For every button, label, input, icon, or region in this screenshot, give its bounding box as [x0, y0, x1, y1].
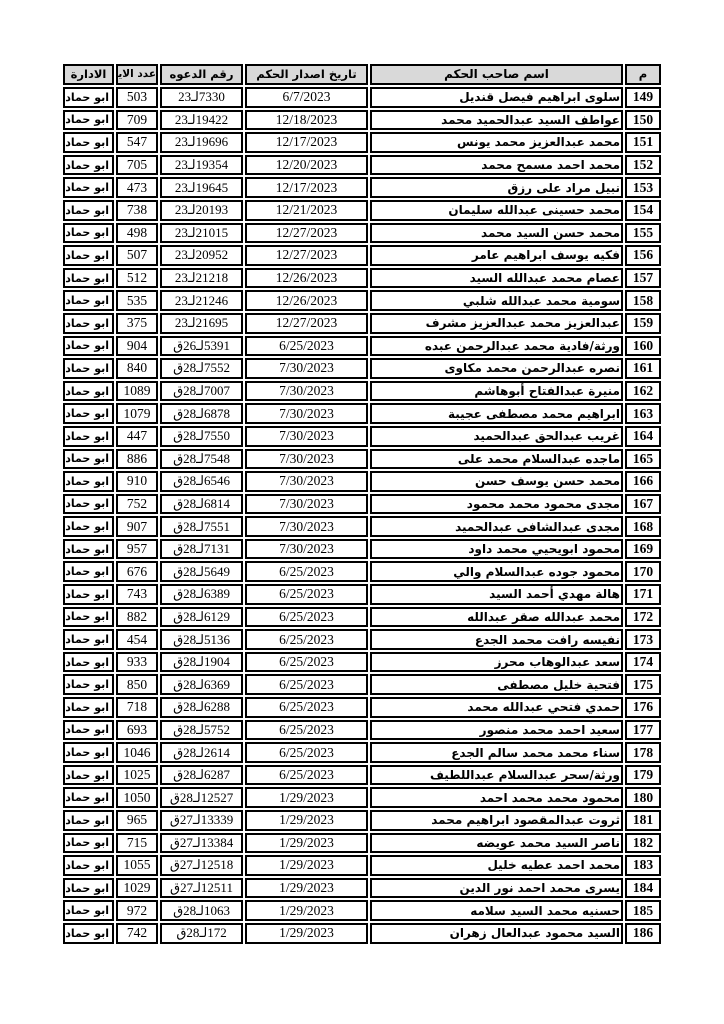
cell-days-count: 693: [116, 720, 158, 741]
cell-name: محمد احمد مسمح محمد: [370, 155, 623, 176]
table-row: 186 السيد محمود عبدالعال زهران 1/29/2023…: [63, 923, 661, 944]
cell-department: ابو حماد: [63, 765, 114, 786]
cell-days-count: 742: [116, 923, 158, 944]
cell-department: ابو حماد: [63, 245, 114, 266]
cell-days-count: 498: [116, 223, 158, 244]
cell-days-count: 743: [116, 584, 158, 605]
cell-days-count: 1050: [116, 787, 158, 808]
cell-days-count: 907: [116, 516, 158, 537]
cell-case-number: 12511لـ27ق: [160, 878, 243, 899]
table-row: 162 منيرة عبدالفتاح أبوهاشم 7/30/2023 70…: [63, 381, 661, 402]
cell-days-count: 738: [116, 200, 158, 221]
cell-department: ابو حماد: [63, 720, 114, 741]
table-row: 155 محمد حسن السيد محمد 12/27/2023 21015…: [63, 223, 661, 244]
cell-serial: 167: [625, 494, 661, 515]
table-row: 183 محمد احمد عطيه خليل 1/29/2023 12518ل…: [63, 855, 661, 876]
cell-date: 6/25/2023: [245, 607, 368, 628]
cell-case-number: 7551لـ28ق: [160, 516, 243, 537]
cell-days-count: 886: [116, 449, 158, 470]
cell-department: ابو حماد: [63, 313, 114, 334]
table-row: 176 حمدي فتحي عبدالله محمد 6/25/2023 628…: [63, 697, 661, 718]
cell-case-number: 5649لـ28ق: [160, 561, 243, 582]
cell-name: ناصر السيد محمد عويضه: [370, 833, 623, 854]
table-row: 151 محمد عبدالعزيز محمد يونس 12/17/2023 …: [63, 132, 661, 153]
cell-name: محمد حسينى عبدالله سليمان: [370, 200, 623, 221]
cell-days-count: 535: [116, 290, 158, 311]
table-header: م اسم صاحب الحكم تاريخ اصدار الحكم رقم ا…: [63, 64, 661, 85]
cell-department: ابو حماد: [63, 855, 114, 876]
cell-days-count: 676: [116, 561, 158, 582]
cell-case-number: 1904لـ28ق: [160, 652, 243, 673]
cell-serial: 185: [625, 900, 661, 921]
cell-days-count: 375: [116, 313, 158, 334]
cell-case-number: 7131لـ28ق: [160, 539, 243, 560]
cell-days-count: 512: [116, 268, 158, 289]
cell-serial: 165: [625, 449, 661, 470]
cell-date: 12/26/2023: [245, 290, 368, 311]
cell-days-count: 752: [116, 494, 158, 515]
cell-serial: 158: [625, 290, 661, 311]
cell-name: محمد حسن يوسف حسن: [370, 471, 623, 492]
cell-serial: 183: [625, 855, 661, 876]
cell-date: 1/29/2023: [245, 810, 368, 831]
cell-date: 6/25/2023: [245, 765, 368, 786]
cell-name: سناء محمد محمد سالم الجدع: [370, 742, 623, 763]
cell-days-count: 957: [116, 539, 158, 560]
cell-case-number: 6389لـ28ق: [160, 584, 243, 605]
cell-name: فتحية خليل مصطفى: [370, 674, 623, 695]
col-header-serial: م: [625, 64, 661, 85]
table-row: 159 عبدالعزيز محمد عبدالعزيز مشرف 12/27/…: [63, 313, 661, 334]
cell-days-count: 904: [116, 336, 158, 357]
cell-case-number: 6129لـ28ق: [160, 607, 243, 628]
cell-case-number: 172لـ28ق: [160, 923, 243, 944]
cell-name: حسنيه محمد السيد سلامه: [370, 900, 623, 921]
cell-case-number: 7007لـ28ق: [160, 381, 243, 402]
cell-case-number: 20952لـ23: [160, 245, 243, 266]
cell-date: 7/30/2023: [245, 539, 368, 560]
cell-serial: 159: [625, 313, 661, 334]
table-row: 177 سعيد احمد محمد منصور 6/25/2023 5752ل…: [63, 720, 661, 741]
cell-date: 7/30/2023: [245, 403, 368, 424]
cell-date: 6/7/2023: [245, 87, 368, 108]
cell-department: ابو حماد: [63, 223, 114, 244]
table-row: 154 محمد حسينى عبدالله سليمان 12/21/2023…: [63, 200, 661, 221]
cell-days-count: 447: [116, 426, 158, 447]
cell-days-count: 910: [116, 471, 158, 492]
cell-name: حمدي فتحي عبدالله محمد: [370, 697, 623, 718]
cell-date: 12/27/2023: [245, 245, 368, 266]
cell-case-number: 6878لـ28ق: [160, 403, 243, 424]
cell-department: ابو حماد: [63, 787, 114, 808]
cell-department: ابو حماد: [63, 110, 114, 131]
cell-case-number: 7330لـ23: [160, 87, 243, 108]
cell-serial: 170: [625, 561, 661, 582]
cell-days-count: 1055: [116, 855, 158, 876]
cell-department: ابو حماد: [63, 336, 114, 357]
cell-serial: 156: [625, 245, 661, 266]
cell-name: عواطف السيد عبدالحميد محمد: [370, 110, 623, 131]
cell-department: ابو حماد: [63, 403, 114, 424]
table-row: 157 عصام محمد عبدالله السيد 12/26/2023 2…: [63, 268, 661, 289]
table-row: 182 ناصر السيد محمد عويضه 1/29/2023 1338…: [63, 833, 661, 854]
cell-date: 1/29/2023: [245, 923, 368, 944]
cell-case-number: 19354لـ23: [160, 155, 243, 176]
table-row: 166 محمد حسن يوسف حسن 7/30/2023 6546لـ28…: [63, 471, 661, 492]
cell-name: ورثة/فادية محمد عبدالرحمن عبده: [370, 336, 623, 357]
cell-department: ابو حماد: [63, 607, 114, 628]
cell-serial: 186: [625, 923, 661, 944]
cell-date: 6/25/2023: [245, 336, 368, 357]
cell-days-count: 715: [116, 833, 158, 854]
cell-serial: 173: [625, 629, 661, 650]
cell-name: نفيسه رافت محمد الجدع: [370, 629, 623, 650]
cell-days-count: 454: [116, 629, 158, 650]
cell-name: عصام محمد عبدالله السيد: [370, 268, 623, 289]
cell-date: 7/30/2023: [245, 381, 368, 402]
cell-department: ابو حماد: [63, 358, 114, 379]
cell-date: 12/20/2023: [245, 155, 368, 176]
cell-name: محمد حسن السيد محمد: [370, 223, 623, 244]
cell-serial: 177: [625, 720, 661, 741]
cell-case-number: 7552لـ28ق: [160, 358, 243, 379]
col-header-department: الادارة: [63, 64, 114, 85]
cell-case-number: 21218لـ23: [160, 268, 243, 289]
cell-department: ابو حماد: [63, 132, 114, 153]
cell-name: مجدى محمود محمد محمود: [370, 494, 623, 515]
col-header-days-count: عدد الايام: [116, 64, 158, 85]
cell-case-number: 2614لـ28ق: [160, 742, 243, 763]
cell-date: 7/30/2023: [245, 516, 368, 537]
cell-serial: 151: [625, 132, 661, 153]
cell-date: 1/29/2023: [245, 855, 368, 876]
cell-days-count: 1029: [116, 878, 158, 899]
cell-days-count: 972: [116, 900, 158, 921]
cell-department: ابو حماد: [63, 381, 114, 402]
cell-case-number: 21015لـ23: [160, 223, 243, 244]
cell-department: ابو حماد: [63, 923, 114, 944]
cell-serial: 149: [625, 87, 661, 108]
cell-serial: 164: [625, 426, 661, 447]
cell-department: ابو حماد: [63, 539, 114, 560]
table-body: 149 سلوى ابراهيم فيصل قنديل 6/7/2023 733…: [63, 87, 661, 944]
cell-date: 6/25/2023: [245, 561, 368, 582]
cell-case-number: 6369لـ28ق: [160, 674, 243, 695]
table-row: 171 هالة مهدي أحمد السيد 6/25/2023 6389ل…: [63, 584, 661, 605]
table-row: 181 ثروت عبدالمقصود ابراهيم محمد 1/29/20…: [63, 810, 661, 831]
table-row: 164 غريب عبدالحق عبدالحميد 7/30/2023 755…: [63, 426, 661, 447]
cell-department: ابو حماد: [63, 697, 114, 718]
cell-serial: 154: [625, 200, 661, 221]
table-row: 150 عواطف السيد عبدالحميد محمد 12/18/202…: [63, 110, 661, 131]
table-row: 153 نبيل مراد على رزق 12/17/2023 19645لـ…: [63, 177, 661, 198]
cell-serial: 150: [625, 110, 661, 131]
cell-date: 12/17/2023: [245, 177, 368, 198]
cell-serial: 160: [625, 336, 661, 357]
cell-serial: 176: [625, 697, 661, 718]
table-row: 179 ورثة/سحر عبدالسلام عبداللطيف 6/25/20…: [63, 765, 661, 786]
cell-serial: 180: [625, 787, 661, 808]
cell-case-number: 21246لـ23: [160, 290, 243, 311]
cell-serial: 161: [625, 358, 661, 379]
cell-name: محمود جوده عبدالسلام والي: [370, 561, 623, 582]
cell-serial: 155: [625, 223, 661, 244]
cell-days-count: 473: [116, 177, 158, 198]
cell-serial: 152: [625, 155, 661, 176]
cell-name: محمود محمد محمد احمد: [370, 787, 623, 808]
cell-case-number: 13384لـ27ق: [160, 833, 243, 854]
col-header-date: تاريخ اصدار الحكم: [245, 64, 368, 85]
table-row: 165 ماجده عبدالسلام محمد على 7/30/2023 7…: [63, 449, 661, 470]
cell-department: ابو حماد: [63, 290, 114, 311]
cell-case-number: 5391لـ26ق: [160, 336, 243, 357]
cell-days-count: 1079: [116, 403, 158, 424]
cell-name: نصره عبدالرحمن محمد مكاوى: [370, 358, 623, 379]
cell-case-number: 19696لـ23: [160, 132, 243, 153]
cell-serial: 169: [625, 539, 661, 560]
cell-date: 7/30/2023: [245, 471, 368, 492]
cell-date: 6/25/2023: [245, 742, 368, 763]
cell-department: ابو حماد: [63, 742, 114, 763]
cell-department: ابو حماد: [63, 833, 114, 854]
cell-date: 7/30/2023: [245, 426, 368, 447]
cell-department: ابو حماد: [63, 561, 114, 582]
cell-date: 6/25/2023: [245, 697, 368, 718]
cell-department: ابو حماد: [63, 629, 114, 650]
cell-case-number: 6814لـ28ق: [160, 494, 243, 515]
cell-department: ابو حماد: [63, 674, 114, 695]
table-row: 185 حسنيه محمد السيد سلامه 1/29/2023 106…: [63, 900, 661, 921]
cell-case-number: 5752لـ28ق: [160, 720, 243, 741]
cell-name: سعد عبدالوهاب محرز: [370, 652, 623, 673]
cell-date: 1/29/2023: [245, 900, 368, 921]
header-row: م اسم صاحب الحكم تاريخ اصدار الحكم رقم ا…: [63, 64, 661, 85]
cell-department: ابو حماد: [63, 471, 114, 492]
cell-name: السيد محمود عبدالعال زهران: [370, 923, 623, 944]
cell-date: 7/30/2023: [245, 358, 368, 379]
cell-name: هالة مهدي أحمد السيد: [370, 584, 623, 605]
cell-days-count: 503: [116, 87, 158, 108]
cell-days-count: 1089: [116, 381, 158, 402]
col-header-name: اسم صاحب الحكم: [370, 64, 623, 85]
cell-serial: 171: [625, 584, 661, 605]
cell-date: 12/21/2023: [245, 200, 368, 221]
cell-days-count: 705: [116, 155, 158, 176]
table-row: 161 نصره عبدالرحمن محمد مكاوى 7/30/2023 …: [63, 358, 661, 379]
cell-department: ابو حماد: [63, 810, 114, 831]
cell-days-count: 850: [116, 674, 158, 695]
cell-case-number: 19645لـ23: [160, 177, 243, 198]
table-row: 170 محمود جوده عبدالسلام والي 6/25/2023 …: [63, 561, 661, 582]
cell-date: 12/26/2023: [245, 268, 368, 289]
cell-name: منيرة عبدالفتاح أبوهاشم: [370, 381, 623, 402]
cell-days-count: 840: [116, 358, 158, 379]
cell-date: 6/25/2023: [245, 652, 368, 673]
cell-date: 6/25/2023: [245, 720, 368, 741]
cell-department: ابو حماد: [63, 494, 114, 515]
cell-case-number: 7550لـ28ق: [160, 426, 243, 447]
cell-department: ابو حماد: [63, 87, 114, 108]
cell-name: ثروت عبدالمقصود ابراهيم محمد: [370, 810, 623, 831]
table-row: 169 محمود ابويحيي محمد داود 7/30/2023 71…: [63, 539, 661, 560]
cell-serial: 178: [625, 742, 661, 763]
cell-days-count: 882: [116, 607, 158, 628]
cell-date: 6/25/2023: [245, 674, 368, 695]
document-page: م اسم صاحب الحكم تاريخ اصدار الحكم رقم ا…: [0, 0, 724, 1024]
table-row: 172 محمد عبدالله صقر عبدالله 6/25/2023 6…: [63, 607, 661, 628]
cell-name: مجدى عبدالشافى عبدالحميد: [370, 516, 623, 537]
cell-department: ابو حماد: [63, 200, 114, 221]
table-row: 152 محمد احمد مسمح محمد 12/20/2023 19354…: [63, 155, 661, 176]
cell-days-count: 965: [116, 810, 158, 831]
table-row: 184 يسرى محمد احمد نور الدين 1/29/2023 1…: [63, 878, 661, 899]
cell-department: ابو حماد: [63, 516, 114, 537]
cell-department: ابو حماد: [63, 426, 114, 447]
cell-date: 6/25/2023: [245, 629, 368, 650]
table-row: 158 سومية محمد عبدالله شلبي 12/26/2023 2…: [63, 290, 661, 311]
cell-serial: 166: [625, 471, 661, 492]
cell-serial: 175: [625, 674, 661, 695]
cell-case-number: 12518لـ27ق: [160, 855, 243, 876]
cell-department: ابو حماد: [63, 268, 114, 289]
cell-days-count: 933: [116, 652, 158, 673]
cell-serial: 168: [625, 516, 661, 537]
cell-case-number: 19422لـ23: [160, 110, 243, 131]
cell-department: ابو حماد: [63, 449, 114, 470]
cell-name: سومية محمد عبدالله شلبي: [370, 290, 623, 311]
cell-date: 1/29/2023: [245, 787, 368, 808]
cell-department: ابو حماد: [63, 900, 114, 921]
cell-serial: 184: [625, 878, 661, 899]
cell-date: 12/27/2023: [245, 223, 368, 244]
cell-name: نبيل مراد على رزق: [370, 177, 623, 198]
cell-days-count: 718: [116, 697, 158, 718]
cell-department: ابو حماد: [63, 584, 114, 605]
cell-department: ابو حماد: [63, 155, 114, 176]
cell-name: سلوى ابراهيم فيصل قنديل: [370, 87, 623, 108]
judgments-table: م اسم صاحب الحكم تاريخ اصدار الحكم رقم ا…: [61, 62, 663, 946]
cell-case-number: 6546لـ28ق: [160, 471, 243, 492]
cell-date: 1/29/2023: [245, 833, 368, 854]
cell-days-count: 1025: [116, 765, 158, 786]
cell-serial: 162: [625, 381, 661, 402]
cell-department: ابو حماد: [63, 878, 114, 899]
table-row: 160 ورثة/فادية محمد عبدالرحمن عبده 6/25/…: [63, 336, 661, 357]
cell-case-number: 13339لـ27ق: [160, 810, 243, 831]
cell-name: غريب عبدالحق عبدالحميد: [370, 426, 623, 447]
cell-serial: 157: [625, 268, 661, 289]
table-row: 149 سلوى ابراهيم فيصل قنديل 6/7/2023 733…: [63, 87, 661, 108]
cell-department: ابو حماد: [63, 177, 114, 198]
col-header-case-number: رقم الدعوه: [160, 64, 243, 85]
cell-serial: 172: [625, 607, 661, 628]
cell-name: ورثة/سحر عبدالسلام عبداللطيف: [370, 765, 623, 786]
cell-case-number: 21695لـ23: [160, 313, 243, 334]
cell-case-number: 7548لـ28ق: [160, 449, 243, 470]
cell-date: 12/17/2023: [245, 132, 368, 153]
cell-date: 1/29/2023: [245, 878, 368, 899]
cell-case-number: 12527لـ28ق: [160, 787, 243, 808]
cell-name: يسرى محمد احمد نور الدين: [370, 878, 623, 899]
cell-days-count: 547: [116, 132, 158, 153]
cell-days-count: 507: [116, 245, 158, 266]
cell-name: محمد عبدالله صقر عبدالله: [370, 607, 623, 628]
cell-case-number: 1063لـ28ق: [160, 900, 243, 921]
cell-name: ماجده عبدالسلام محمد على: [370, 449, 623, 470]
cell-department: ابو حماد: [63, 652, 114, 673]
cell-serial: 153: [625, 177, 661, 198]
cell-name: عبدالعزيز محمد عبدالعزيز مشرف: [370, 313, 623, 334]
table-row: 175 فتحية خليل مصطفى 6/25/2023 6369لـ28ق…: [63, 674, 661, 695]
table-row: 180 محمود محمد محمد احمد 1/29/2023 12527…: [63, 787, 661, 808]
cell-serial: 174: [625, 652, 661, 673]
table-row: 178 سناء محمد محمد سالم الجدع 6/25/2023 …: [63, 742, 661, 763]
cell-serial: 163: [625, 403, 661, 424]
cell-case-number: 20193لـ23: [160, 200, 243, 221]
table-row: 163 ابراهيم محمد مصطفى عجيبة 7/30/2023 6…: [63, 403, 661, 424]
cell-days-count: 709: [116, 110, 158, 131]
table-row: 173 نفيسه رافت محمد الجدع 6/25/2023 5136…: [63, 629, 661, 650]
cell-serial: 182: [625, 833, 661, 854]
table-row: 167 مجدى محمود محمد محمود 7/30/2023 6814…: [63, 494, 661, 515]
cell-date: 12/18/2023: [245, 110, 368, 131]
cell-name: فكيه يوسف ابراهيم عامر: [370, 245, 623, 266]
cell-name: ابراهيم محمد مصطفى عجيبة: [370, 403, 623, 424]
cell-name: سعيد احمد محمد منصور: [370, 720, 623, 741]
cell-serial: 181: [625, 810, 661, 831]
cell-name: محمود ابويحيي محمد داود: [370, 539, 623, 560]
cell-name: محمد احمد عطيه خليل: [370, 855, 623, 876]
cell-name: محمد عبدالعزيز محمد يونس: [370, 132, 623, 153]
cell-date: 12/27/2023: [245, 313, 368, 334]
cell-date: 6/25/2023: [245, 584, 368, 605]
cell-date: 7/30/2023: [245, 494, 368, 515]
cell-case-number: 6288لـ28ق: [160, 697, 243, 718]
cell-case-number: 5136لـ28ق: [160, 629, 243, 650]
cell-days-count: 1046: [116, 742, 158, 763]
cell-serial: 179: [625, 765, 661, 786]
cell-case-number: 6287لـ28ق: [160, 765, 243, 786]
cell-date: 7/30/2023: [245, 449, 368, 470]
table-row: 156 فكيه يوسف ابراهيم عامر 12/27/2023 20…: [63, 245, 661, 266]
table-row: 174 سعد عبدالوهاب محرز 6/25/2023 1904لـ2…: [63, 652, 661, 673]
table-row: 168 مجدى عبدالشافى عبدالحميد 7/30/2023 7…: [63, 516, 661, 537]
